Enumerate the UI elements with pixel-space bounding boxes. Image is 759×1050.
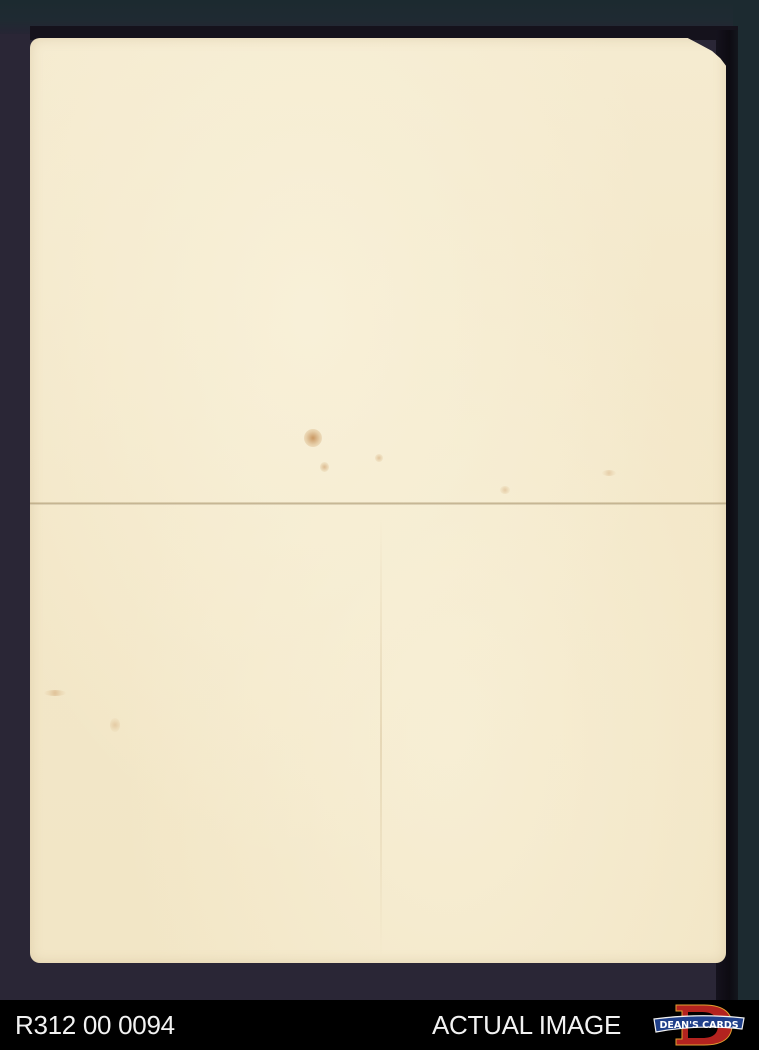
card-stain bbox=[602, 470, 616, 476]
deans-cards-logo: DEAN'S CARDS bbox=[652, 1003, 746, 1047]
svg-text:DEAN'S CARDS: DEAN'S CARDS bbox=[659, 1020, 738, 1031]
card-crease bbox=[380, 518, 382, 958]
card-stain bbox=[375, 454, 383, 462]
card-stain bbox=[320, 462, 329, 472]
deans-cards-logo-icon: DEAN'S CARDS bbox=[652, 1003, 746, 1047]
card-holder-top-frame bbox=[30, 26, 738, 40]
card-fold-line bbox=[30, 502, 726, 505]
card-back-image bbox=[30, 38, 726, 963]
item-id: R312 00 0094 bbox=[15, 1010, 175, 1041]
actual-image-label: ACTUAL IMAGE bbox=[432, 1010, 621, 1041]
footer-bar: R312 00 0094 ACTUAL IMAGE DEAN'S CARDS bbox=[0, 1000, 759, 1050]
card-stain bbox=[500, 486, 510, 494]
card-stain bbox=[304, 429, 322, 447]
scan-area bbox=[0, 0, 759, 1000]
card-stain bbox=[44, 690, 66, 696]
card-stain bbox=[110, 718, 120, 732]
